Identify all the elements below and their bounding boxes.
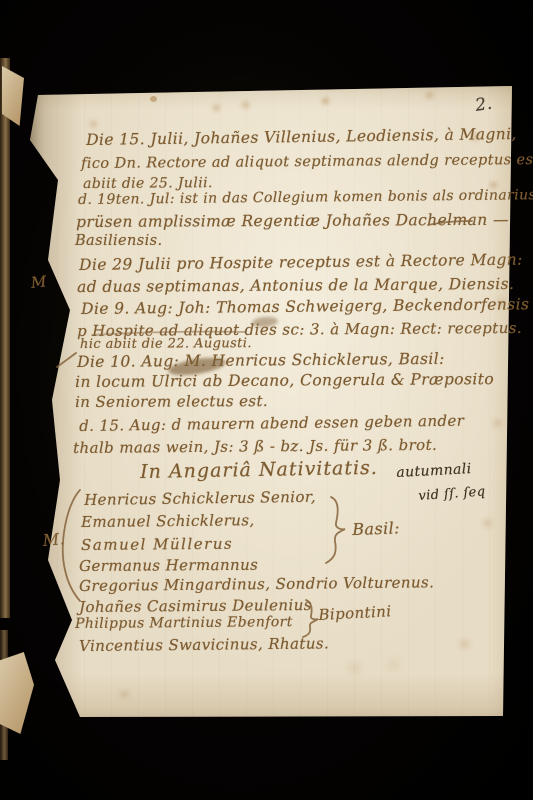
manuscript-line: prüsen amplissimæ Regentiæ Johañes Dache… xyxy=(76,211,509,231)
manuscript-photo: 2. M M. Die 15. Julii, Johañes Villenius… xyxy=(0,0,533,800)
torn-page-fragment xyxy=(0,652,34,734)
name-list-item: Johañes Casimirus Deulenius xyxy=(79,596,312,616)
group-label: Basil: xyxy=(352,518,400,539)
name-list-item: Samuel Müllerus xyxy=(81,535,233,554)
page-number: 2. xyxy=(474,94,494,116)
manuscript-line: thalb maas wein, Js: 3 ß - bz. Js. für 3… xyxy=(73,436,437,457)
group-label: Bipontini xyxy=(318,602,392,624)
manuscript-line: abiit die 25. Julii. xyxy=(83,175,213,192)
manuscript-line: Die 10. Aug: M. Henricus Schicklerus, Ba… xyxy=(77,350,445,371)
name-list-item: Vincentius Swavicinus, Rhatus. xyxy=(79,634,329,655)
name-list-item: Germanus Hermannus xyxy=(79,556,258,575)
manuscript-line: Basiliensis. xyxy=(75,233,163,249)
manuscript-line: ad duas septimanas, Antonius de la Marqu… xyxy=(77,275,514,296)
book-spine-edge xyxy=(0,58,10,618)
foxing-spots xyxy=(150,96,157,102)
name-list-item: Gregorius Mingardinus, Sondrio Volturenu… xyxy=(79,573,434,595)
name-list-item: Henricus Schicklerus Senior, xyxy=(84,488,316,509)
manuscript-line: hic abiit die 22. Augusti. xyxy=(80,336,252,352)
manuscript-line: in Seniorem electus est. xyxy=(75,392,268,411)
name-list-item: Emanuel Schicklerus, xyxy=(81,511,255,531)
name-list-item: Philippus Martinius Ebenfort xyxy=(75,614,293,632)
manuscript-line: in locum Ulrici ab Decano, Congerula & P… xyxy=(75,370,494,391)
margin-note: M. xyxy=(42,529,66,550)
margin-note: M xyxy=(30,272,48,292)
section-heading: In Angariâ Nativitatis. xyxy=(140,457,378,483)
